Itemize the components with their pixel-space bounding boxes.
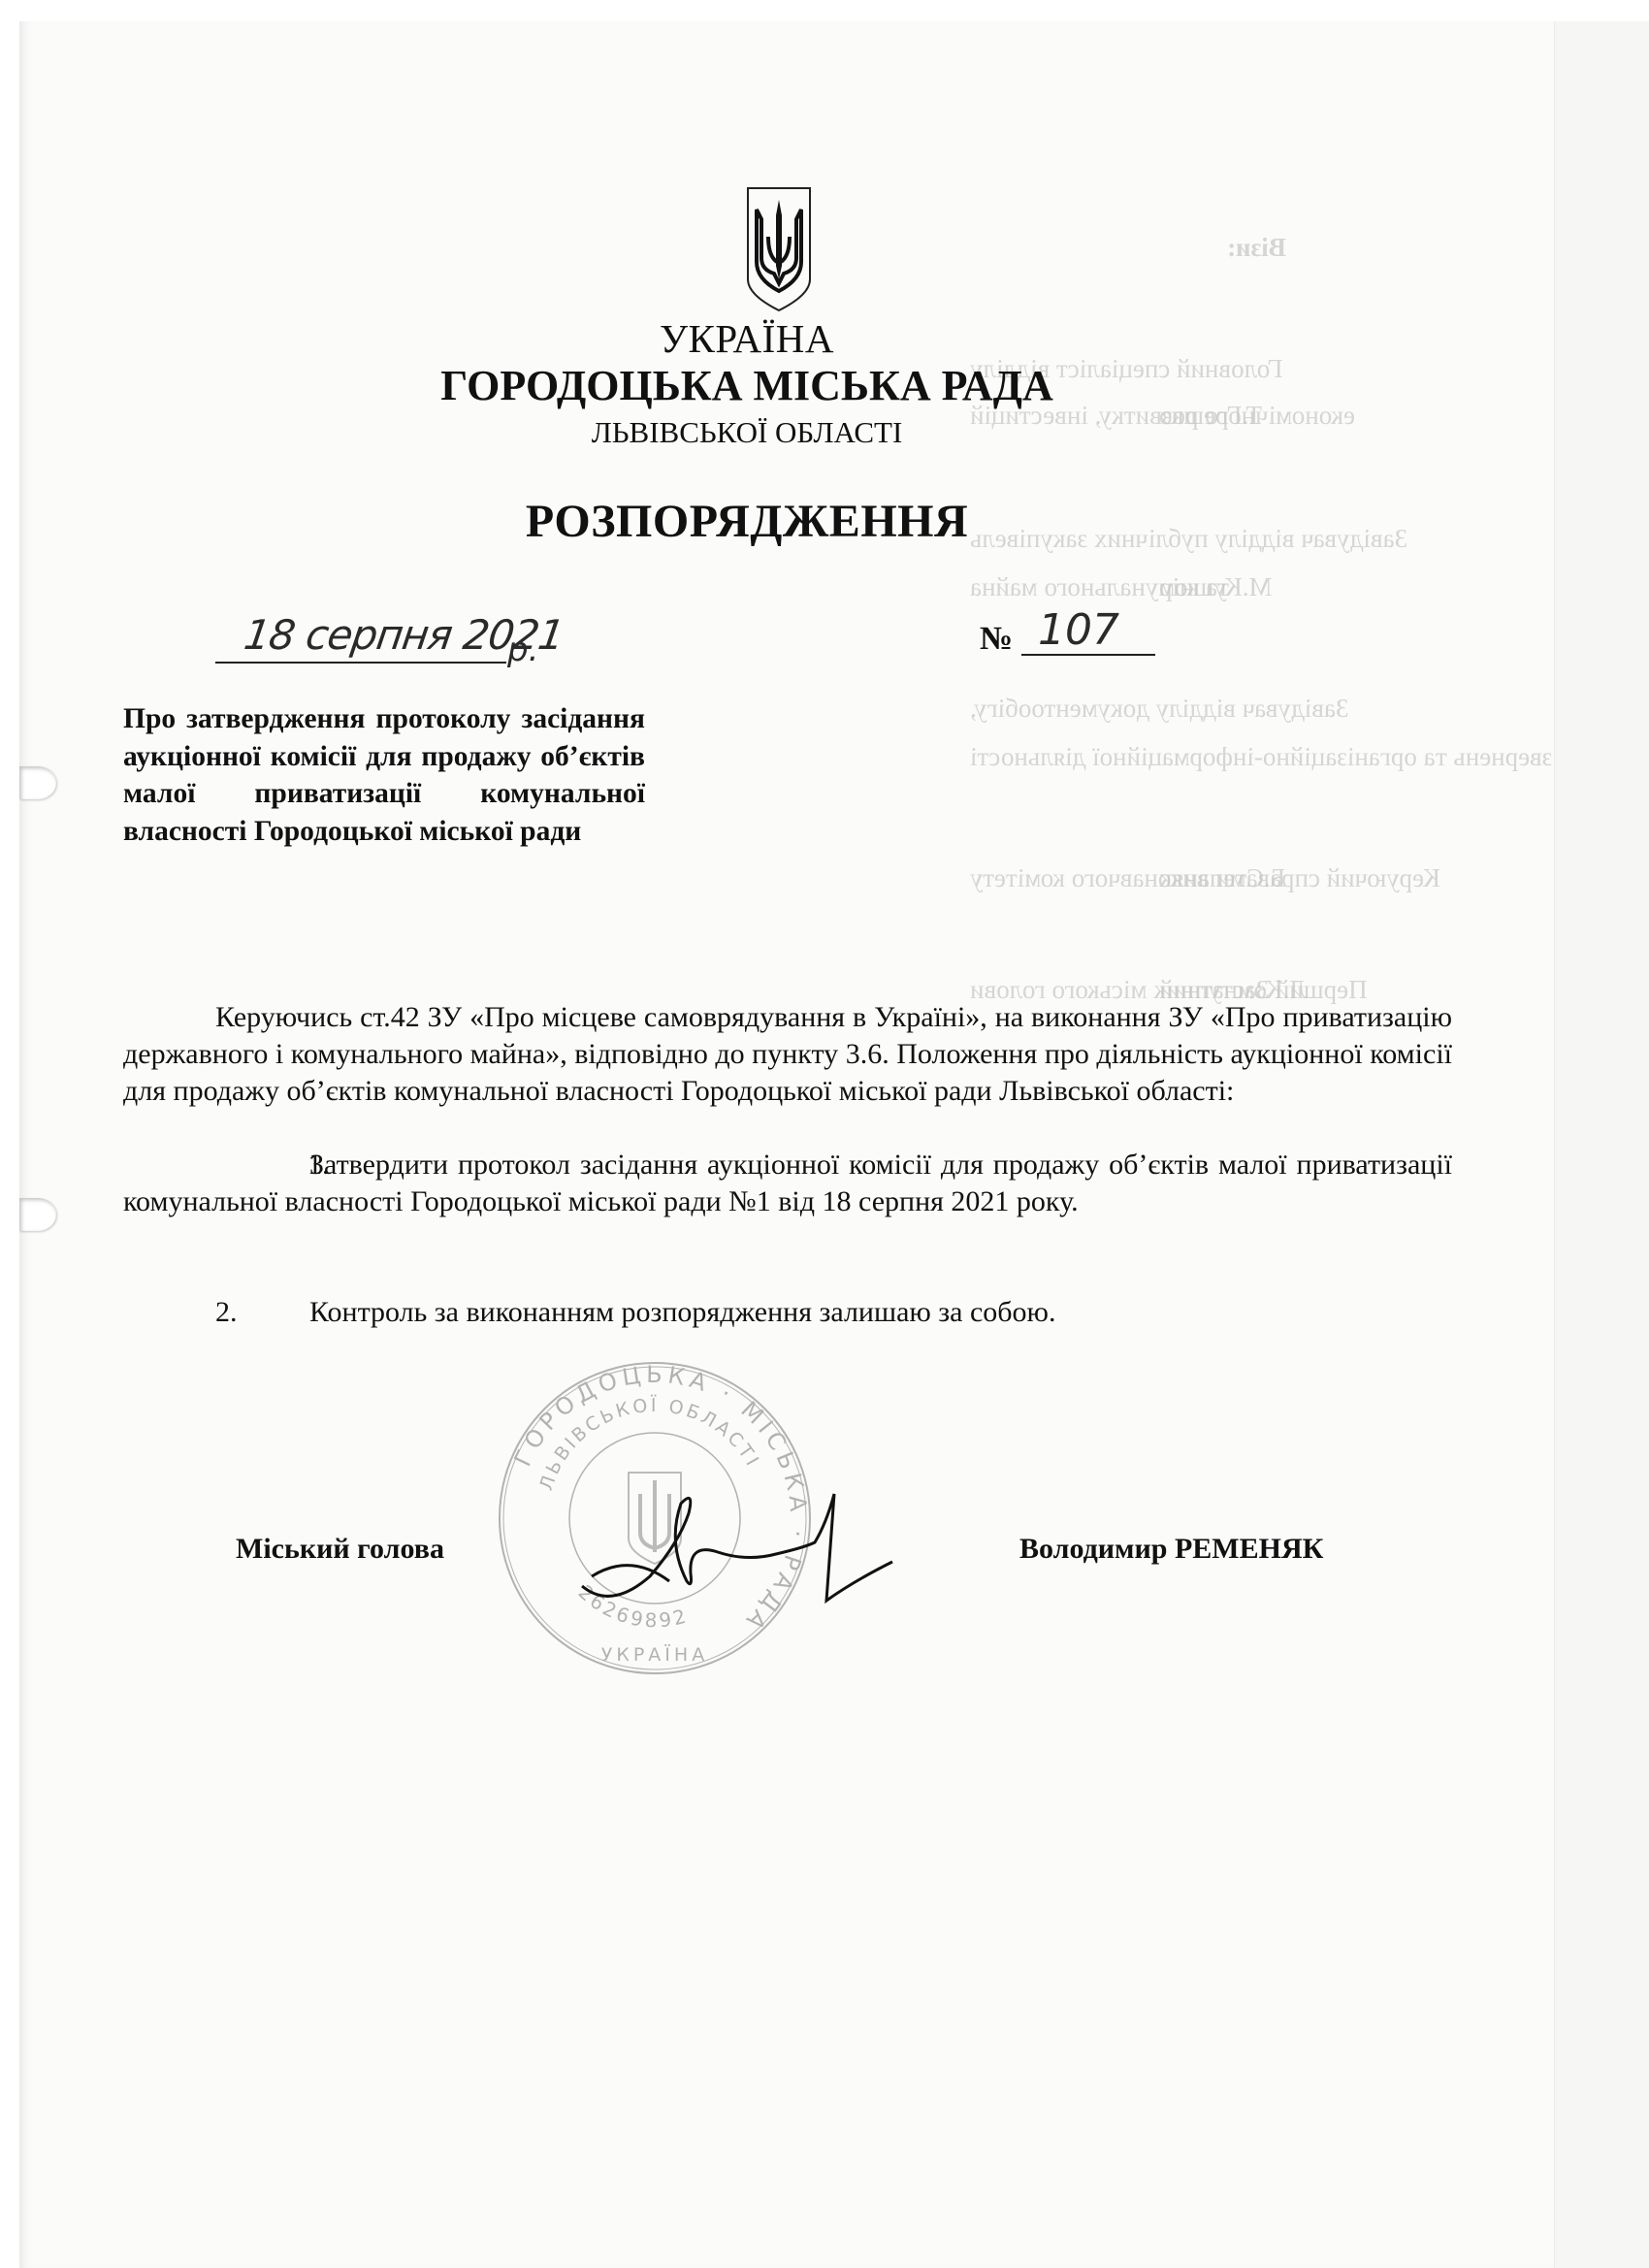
item-number: 2. bbox=[215, 1294, 309, 1331]
bleed-heading: Візи: bbox=[1227, 233, 1286, 263]
bleed-line: звернень та організаційно-інформаційної … bbox=[970, 742, 1552, 772]
handwritten-number: 107 bbox=[1038, 605, 1119, 655]
signatory-name: Володимир РЕМЕНЯК bbox=[1019, 1533, 1323, 1566]
item-text: Контроль за виконанням розпорядження зал… bbox=[309, 1296, 1055, 1328]
bleed-line: Завідувач відділу документообігу, bbox=[970, 694, 1349, 724]
trident-emblem-icon bbox=[745, 186, 813, 312]
date-suffix: р. bbox=[507, 631, 538, 669]
document-type-title: РОЗПОРЯДЖЕННЯ bbox=[0, 495, 1571, 548]
bleed-line: М.Кушнір bbox=[1159, 572, 1272, 602]
item-number: 1. bbox=[215, 1147, 309, 1183]
punch-hole bbox=[19, 1198, 56, 1231]
signatory-role: Міський голова bbox=[236, 1533, 444, 1566]
item-text: Затвердити протокол засідання аукціонної… bbox=[123, 1149, 1452, 1217]
order-item-1: 1.Затвердити протокол засідання аукціонн… bbox=[123, 1147, 1452, 1220]
svg-text:УКРАЇНА: УКРАЇНА bbox=[601, 1643, 708, 1666]
region-name: ЛЬВІВСЬКОЇ ОБЛАСТІ bbox=[0, 415, 1571, 450]
country-name: УКРАЇНА bbox=[0, 315, 1571, 362]
order-item-2: 2.Контроль за виконанням розпорядження з… bbox=[123, 1294, 1452, 1331]
preamble-paragraph: Керуючись ст.42 ЗУ «Про місцеве самовряд… bbox=[123, 999, 1452, 1110]
punch-hole bbox=[19, 766, 56, 799]
document-subject: Про затвердження протоколу засідання аук… bbox=[123, 700, 645, 850]
council-name: ГОРОДОЦЬКА МІСЬКА РАДА bbox=[0, 361, 1571, 410]
number-label: № bbox=[980, 621, 1013, 658]
handwritten-signature bbox=[572, 1484, 980, 1620]
bleed-line: Б.Степаняк bbox=[1159, 863, 1285, 893]
